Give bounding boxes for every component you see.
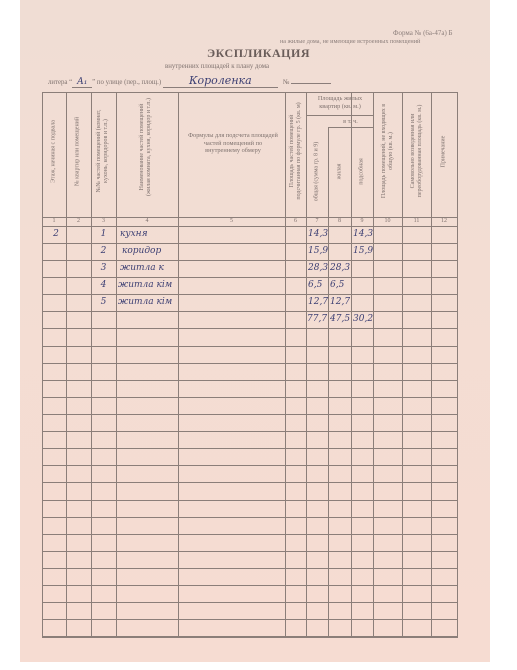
row-line [42,363,458,364]
row5-living: 12,7 [330,294,350,311]
form-subtitle: на жилые дома, не имеющие встроенных пом… [280,38,420,45]
address-line: литера “А₁” по улице (пер., площ.) Корол… [48,74,331,88]
row1-floor: 2 [46,226,66,243]
row-line [42,260,458,261]
col-number: 8 [328,217,351,226]
row-line [42,380,458,381]
row-line [42,397,458,398]
col-number: 9 [351,217,373,226]
col-number: 5 [178,217,285,226]
row-line [42,585,458,586]
col-number: 6 [285,217,306,226]
row2-total: 15,9 [308,243,328,260]
row-line [42,346,458,347]
document-title: ЭКСПЛИКАЦИЯ [0,46,517,61]
subgroup-header: в т. ч. [328,118,373,126]
col-number: 2 [66,217,91,226]
row1-total: 14,3 [308,226,328,243]
col10-header: Площадь помещений, не входящих в общую (… [381,101,395,201]
row-line [42,243,458,244]
col5-header: Формулы для подсчета площадей частей пом… [187,132,279,155]
col-number: 11 [402,217,431,226]
row-line [42,328,458,329]
col4-header: Наименование частей помещений (жилая ком… [139,97,153,197]
row1-name: кухня [120,226,148,243]
row5-name: житла кім [118,294,172,311]
row1-part: 1 [91,226,116,243]
row-line [42,294,458,295]
row-line [42,277,458,278]
row5-total: 12,7 [308,294,328,311]
col11-header: Самовольно возведенная или переоборудова… [410,101,424,201]
row4-total: 6,5 [308,277,322,294]
row4-living: 6,5 [330,277,344,294]
row-line [42,568,458,569]
row-line [42,619,458,620]
row-line [42,500,458,501]
row2-name: коридор [122,243,161,260]
row2-aux: 15,9 [353,243,373,260]
col-number: 12 [431,217,457,226]
number-label: № [283,79,290,86]
total-area: 77,7 [307,311,327,328]
group-header: Площадь жилых квартир (кв. м.) [307,95,373,110]
col6-header: Площадь частей помещений подсчитанная по… [289,101,303,201]
col-number: 7 [306,217,328,226]
row-line [42,551,458,552]
row-line [42,414,458,415]
row1-aux: 14,3 [353,226,373,243]
table-bottom-line [42,637,458,638]
col-number: 4 [116,217,178,226]
row-line [42,482,458,483]
col8-header: жилая [337,132,344,212]
number-value [291,83,331,84]
row-line [42,431,458,432]
col9-header: подсобная [359,132,366,212]
col-number: 1 [42,217,66,226]
total-living: 47,5 [330,311,350,328]
form-number: Форма № (6а-47а) Б [393,29,453,37]
row5-part: 5 [91,294,116,311]
col7-header: общая (сумма гр. 8 и 9) [314,132,321,212]
row3-total: 28,3 [308,260,328,277]
row2-part: 2 [91,243,116,260]
row3-part: 3 [91,260,116,277]
row-line [42,448,458,449]
litera-value: А₁ [72,77,92,88]
street-label: по улице (пер., площ.) [97,79,161,86]
row3-living: 28,3 [330,260,350,277]
row4-part: 4 [91,277,116,294]
document-subtitle: внутренних площадей к плану дома [165,63,269,70]
total-aux: 30,2 [353,311,373,328]
row4-name: житла кім [118,277,172,294]
col2-header: № квартир или помещений [75,102,82,202]
row-line [42,534,458,535]
col3-header: №№ частей помещений (комнат, кухонь, кор… [96,101,110,201]
row-line [42,517,458,518]
col12-header: Примечание [441,102,448,202]
row3-name: житла к [120,260,164,277]
street-value: Короленка [163,74,278,88]
col-number: 3 [91,217,116,226]
row-line [42,311,458,312]
row-line [42,465,458,466]
col1-header: Этаж, начиная с подвала [51,102,58,202]
row-line [42,602,458,603]
explication-table: Этаж, начиная с подвала № квартир или по… [42,92,458,638]
litera-label: литера [48,79,67,86]
col-number: 10 [373,217,402,226]
